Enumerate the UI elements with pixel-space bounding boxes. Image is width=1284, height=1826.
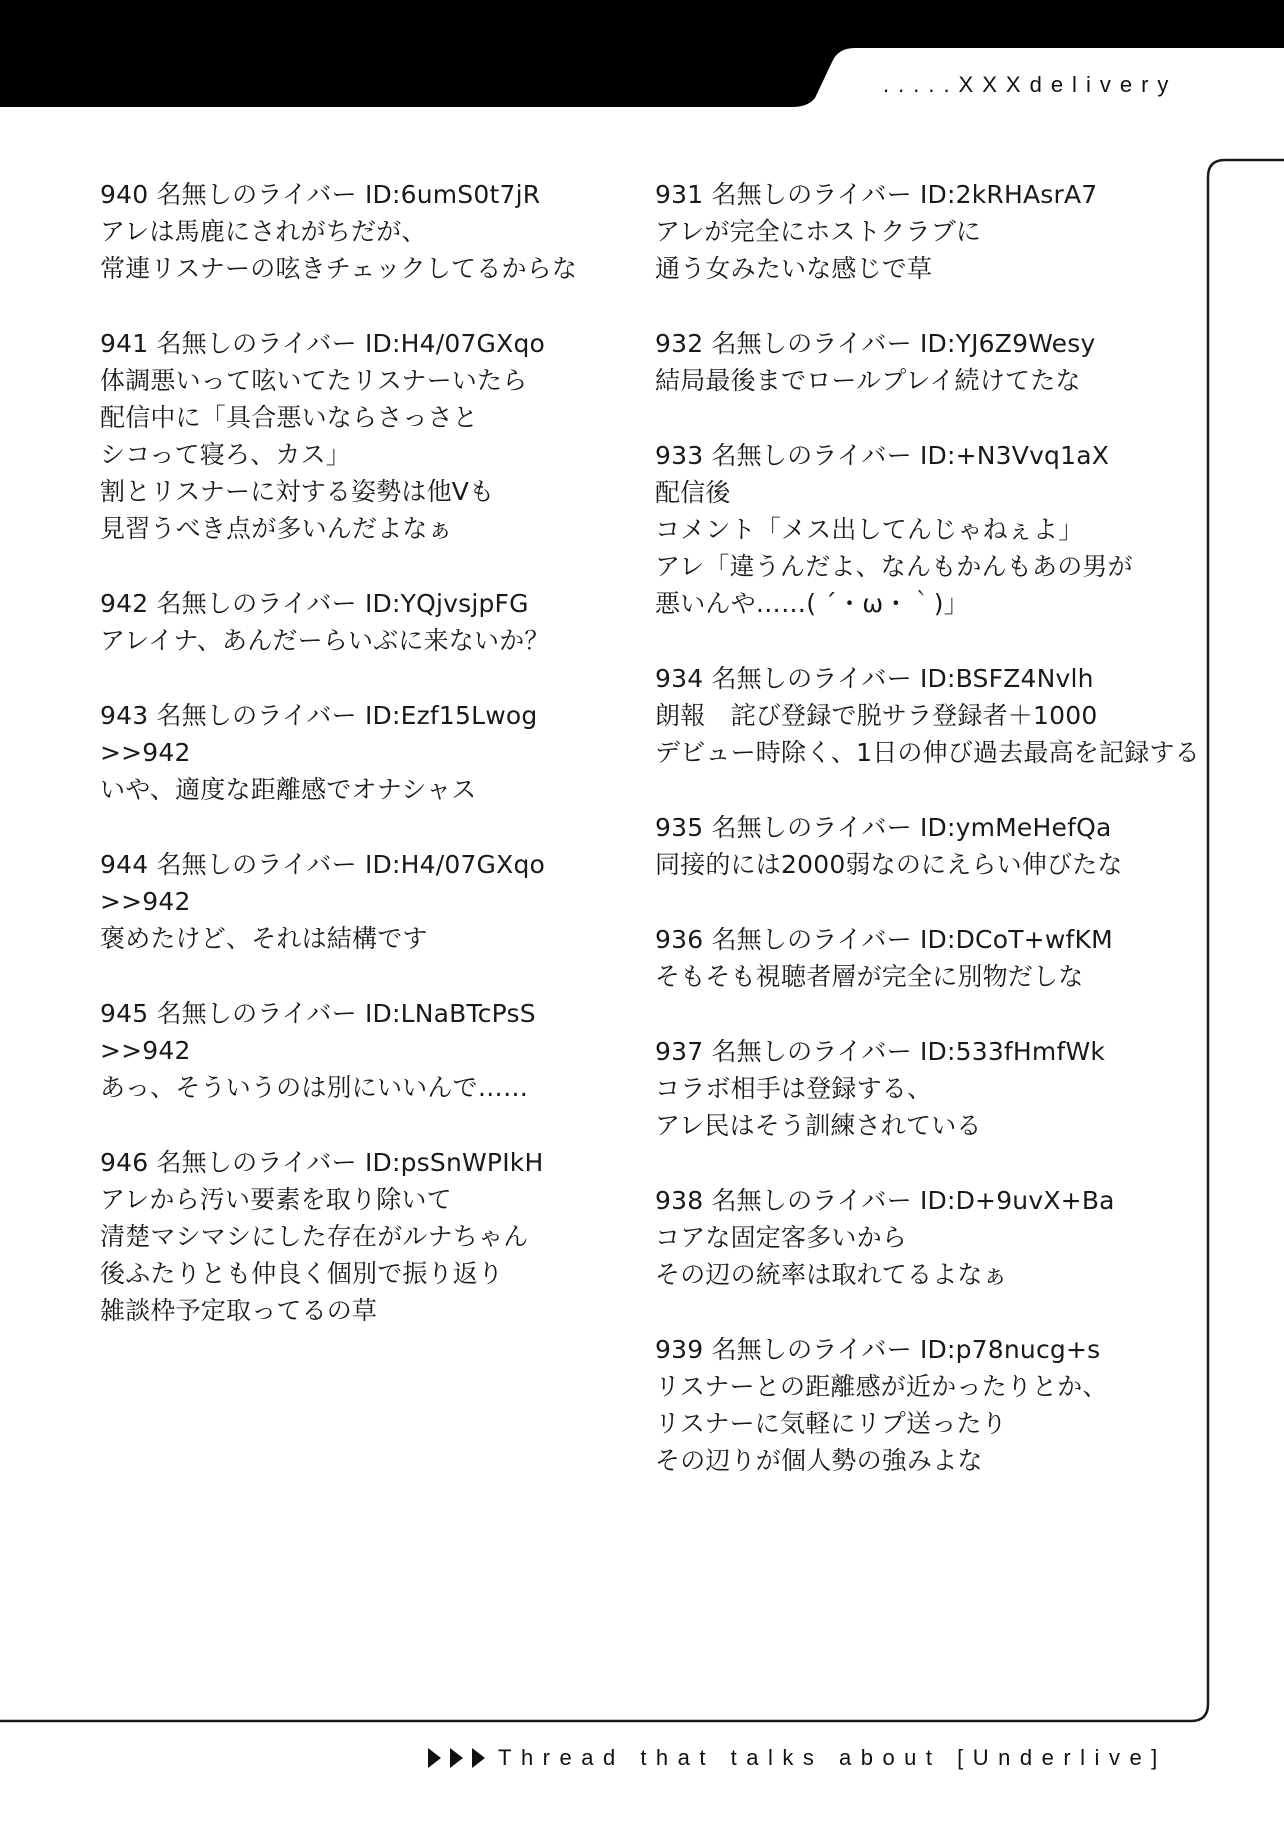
left-column: 940 名無しのライバー ID:6umS0t7jRアレは馬鹿にされがちだが、常連… [100,176,620,1367]
post-body-line: いや、適度な距離感でオナシャス [100,771,620,808]
post-body-line: デビュー時除く、1日の伸び過去最高を記録する [655,734,1175,771]
post-body-line: アレ民はそう訓練されている [655,1107,1175,1144]
post-header: 940 名無しのライバー ID:6umS0t7jR [100,176,620,213]
post-header: 936 名無しのライバー ID:DCoT+wfKM [655,921,1175,958]
right-column: 931 名無しのライバー ID:2kRHAsrA7アレが完全にホストクラブに通う… [655,176,1175,1517]
post-body-line: アレが完全にホストクラブに [655,213,1175,250]
post-header: 933 名無しのライバー ID:+N3Vvq1aX [655,437,1175,474]
triangle-right-icon [428,1748,441,1768]
post-body-line: リスナーとの距離感が近かったりとか、 [655,1368,1175,1405]
thread-post: 937 名無しのライバー ID:533fHmfWkコラボ相手は登録する、アレ民は… [655,1033,1175,1144]
thread-post: 945 名無しのライバー ID:LNaBTcPsS>>942あっ、そういうのは別… [100,995,620,1106]
post-body-line: その辺りが個人勢の強みよな [655,1442,1175,1479]
thread-post: 946 名無しのライバー ID:psSnWPIkHアレから汚い要素を取り除いて清… [100,1144,620,1329]
post-body-line: その辺の統率は取れてるよなぁ [655,1256,1175,1293]
thread-post: 941 名無しのライバー ID:H4/07GXqo体調悪いって呟いてたリスナーい… [100,325,620,547]
thread-post: 939 名無しのライバー ID:p78nucg+sリスナーとの距離感が近かったり… [655,1331,1175,1479]
post-header: 939 名無しのライバー ID:p78nucg+s [655,1331,1175,1368]
post-body-line: 配信後 [655,474,1175,511]
post-header: 946 名無しのライバー ID:psSnWPIkH [100,1144,620,1181]
reply-anchor-link[interactable]: >>942 [100,883,620,920]
post-body-line: シコって寝ろ、カス」 [100,436,620,473]
post-header: 934 名無しのライバー ID:BSFZ4Nvlh [655,660,1175,697]
thread-post: 932 名無しのライバー ID:YJ6Z9Wesy結局最後までロールプレイ続けて… [655,325,1175,399]
post-body-line: そもそも視聴者層が完全に別物だしな [655,958,1175,995]
triangle-right-icon [450,1748,463,1768]
post-body-line: 同接的には2000弱なのにえらい伸びたな [655,846,1175,883]
post-header: 945 名無しのライバー ID:LNaBTcPsS [100,995,620,1032]
post-header: 938 名無しのライバー ID:D+9uvX+Ba [655,1182,1175,1219]
post-body-line: 配信中に「具合悪いならさっさと [100,399,620,436]
thread-post: 940 名無しのライバー ID:6umS0t7jRアレは馬鹿にされがちだが、常連… [100,176,620,287]
thread-post: 933 名無しのライバー ID:+N3Vvq1aX配信後コメント「メス出してんじ… [655,437,1175,622]
post-body-line: アレイナ、あんだーらいぶに来ないか？ [100,622,620,659]
post-body-line: 常連リスナーの呟きチェックしてるからな [100,250,620,287]
post-header: 943 名無しのライバー ID:Ezf15Lwog [100,697,620,734]
post-body-line: 通う女みたいな感じで草 [655,250,1175,287]
post-body-line: コメント「メス出してんじゃねぇよ」 [655,511,1175,548]
post-body-line: 割とリスナーに対する姿勢は他Vも [100,473,620,510]
triangle-right-icon [472,1748,485,1768]
post-body-line: 朗報 詫び登録で脱サラ登録者＋1000 [655,697,1175,734]
thread-post: 943 名無しのライバー ID:Ezf15Lwog>>942いや、適度な距離感で… [100,697,620,808]
post-body-line: あっ、そういうのは別にいいんで…… [100,1069,620,1106]
post-body-line: 清楚マシマシにした存在がルナちゃん [100,1218,620,1255]
post-body-line: 見習うべき点が多いんだよなぁ [100,510,620,547]
thread-post: 942 名無しのライバー ID:YQjvsjpFGアレイナ、あんだーらいぶに来な… [100,585,620,659]
reply-anchor-link[interactable]: >>942 [100,1032,620,1069]
footer: Thread that talks about [Underlive] [428,1745,1167,1771]
footer-text: Thread that talks about [Underlive] [498,1745,1167,1771]
post-body-line: アレから汚い要素を取り除いて [100,1181,620,1218]
post-body-line: 悪いんや……( ´・ω・｀)」 [655,585,1175,622]
thread-post: 938 名無しのライバー ID:D+9uvX+Baコアな固定客多いからその辺の統… [655,1182,1175,1293]
post-body-line: アレは馬鹿にされがちだが、 [100,213,620,250]
post-body-line: 体調悪いって呟いてたリスナーいたら [100,362,620,399]
post-body-line: コラボ相手は登録する、 [655,1070,1175,1107]
thread-post: 936 名無しのライバー ID:DCoT+wfKMそもそも視聴者層が完全に別物だ… [655,921,1175,995]
thread-post: 934 名無しのライバー ID:BSFZ4Nvlh朗報 詫び登録で脱サラ登録者＋… [655,660,1175,771]
reply-anchor-link[interactable]: >>942 [100,734,620,771]
header-title: .....XXXdelivery [883,72,1177,98]
post-header: 932 名無しのライバー ID:YJ6Z9Wesy [655,325,1175,362]
post-header: 931 名無しのライバー ID:2kRHAsrA7 [655,176,1175,213]
post-body-line: コアな固定客多いから [655,1219,1175,1256]
post-body-line: 褒めたけど、それは結構です [100,920,620,957]
post-header: 935 名無しのライバー ID:ymMeHefQa [655,809,1175,846]
post-body-line: 結局最後までロールプレイ続けてたな [655,362,1175,399]
post-header: 937 名無しのライバー ID:533fHmfWk [655,1033,1175,1070]
post-body-line: 雑談枠予定取ってるの草 [100,1292,620,1329]
post-header: 941 名無しのライバー ID:H4/07GXqo [100,325,620,362]
post-header: 942 名無しのライバー ID:YQjvsjpFG [100,585,620,622]
thread-post: 931 名無しのライバー ID:2kRHAsrA7アレが完全にホストクラブに通う… [655,176,1175,287]
post-body-line: 後ふたりとも仲良く個別で振り返り [100,1255,620,1292]
post-body-line: アレ「違うんだよ、なんもかんもあの男が [655,548,1175,585]
thread-post: 944 名無しのライバー ID:H4/07GXqo>>942褒めたけど、それは結… [100,846,620,957]
post-body-line: リスナーに気軽にリプ送ったり [655,1405,1175,1442]
thread-post: 935 名無しのライバー ID:ymMeHefQa同接的には2000弱なのにえら… [655,809,1175,883]
post-header: 944 名無しのライバー ID:H4/07GXqo [100,846,620,883]
